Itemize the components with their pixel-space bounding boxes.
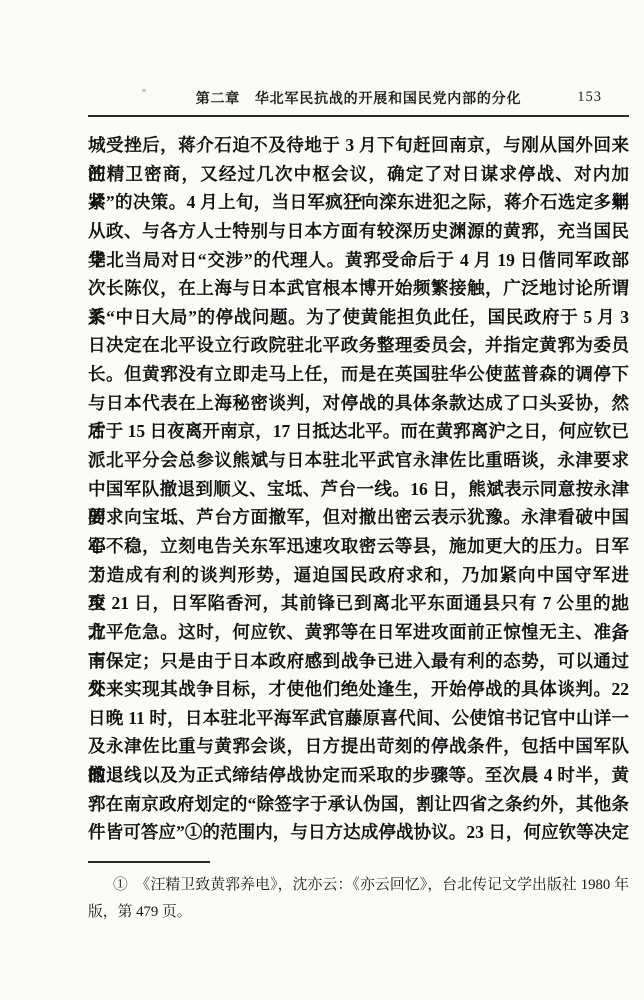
text-line: 日决定在北平设立行政院驻北平政务整理委员会，并指定黄郛为委员 <box>88 331 629 360</box>
text-line: 日晚 11 时，日本驻北平海军武官藤原喜代间、公使馆书记官中山详一 <box>88 704 629 733</box>
text-line: 北平危急。这时，何应钦、黄郛等在日军进攻面前正惊惶无主、准备南 <box>88 618 629 647</box>
text-line: 才于 15 日夜离开南京，17 日抵达北平。而在黄郛离沪之日，何应钦已 <box>88 417 629 446</box>
text-line: 与日本代表在上海秘密谈判，对停战的具体条款达成了口头妥协，然后 <box>88 389 629 418</box>
body-text: 城受挫后，蒋介石迫不及待地于 3 月下旬赶回南京，与刚从国外回来的 汪精卫密商，… <box>88 131 629 847</box>
scan-artifact-dot <box>142 89 146 92</box>
header-rule <box>88 115 629 117</box>
text-line: 系“中日大局”的停战问题。为了使黄能担负此任，国民政府于 5 月 3 <box>88 303 629 332</box>
text-line: 了造成有利的谈判形势，逼迫国民政府求和，乃加紧向中国守军进攻。 <box>88 561 629 590</box>
text-line: 郛在南京政府划定的“除签字于承认伪国，割让四省之条约外，其他条 <box>88 790 629 819</box>
text-line: 从政、与各方人士特别与日本方面有较深历史渊源的黄郛，充当国民党 <box>88 217 629 246</box>
page-number: 153 <box>577 89 602 106</box>
text-line: 城受挫后，蒋介石迫不及待地于 3 月下旬赶回南京，与刚从国外回来的 <box>88 131 629 160</box>
text-line: 件皆可答应”①的范围内，与日方达成停战协议。23 日，何应钦等决定 <box>88 818 629 847</box>
text-line: 至 21 日，日军陷香河，其前锋已到离北平东面通县只有 7 公里的地方， <box>88 589 629 618</box>
footnote-divider <box>88 861 210 863</box>
text-line: 华北当局对日“交涉”的代理人。黄郛受命后于 4 月 19 日偕同军政部 <box>88 246 629 275</box>
text-line: 交来实现其战争目标，才使他们绝处逢生，开始停战的具体谈判。22 <box>88 675 629 704</box>
running-header: 第二章 华北军民抗战的开展和国民党内部的分化 153 <box>88 88 629 108</box>
text-line: 派北平分会总参议熊斌与日本驻北平武官永津佐比重晤谈，永津要求 <box>88 446 629 475</box>
text-line: 次长陈仪，在上海与日本武官根本博开始频繁接触，广泛地讨论所谓关 <box>88 274 629 303</box>
text-line: 撤退线以及为正式缔结停战协定而采取的步骤等。至次晨 4 时半，黄 <box>88 761 629 790</box>
text-line: 共”的决策。4 月上旬，当日军疯狂向滦东进犯之际，蒋介石选定多年 <box>88 188 629 217</box>
text-line: 汪精卫密商，又经过几次中枢会议，确定了对日谋求停战、对内加紧“剿 <box>88 160 629 189</box>
text-line: 中国军队撤退到顺义、宝坻、芦台一线。16 日，熊斌表示同意按永津的 <box>88 475 629 504</box>
footnote-line: ① 《汪精卫致黄郛养电》，沈亦云：《亦云回忆》，台北传记文学出版社 1980 年 <box>88 872 629 899</box>
footnote: ① 《汪精卫致黄郛养电》，沈亦云：《亦云回忆》，台北传记文学出版社 1980 年… <box>88 872 629 926</box>
text-line: 心不稳，立刻电告关东军迅速攻取密云等县，施加更大的压力。日军为 <box>88 532 629 561</box>
text-line: 下保定；只是由于日本政府感到战争已进入最有利的态势，可以通过外 <box>88 647 629 676</box>
book-page: 第二章 华北军民抗战的开展和国民党内部的分化 153 城受挫后，蒋介石迫不及待地… <box>0 0 644 1000</box>
text-line: 要求向宝坻、芦台方面撤军，但对撤出密云表示犹豫。永津看破中国军 <box>88 503 629 532</box>
chapter-title: 第二章 华北军民抗战的开展和国民党内部的分化 <box>196 90 522 106</box>
text-line: 长。但黄郛没有立即走马上任，而是在英国驻华公使蓝普森的调停下 <box>88 360 629 389</box>
text-line: 及永津佐比重与黄郛会谈，日方提出苛刻的停战条件，包括中国军队的 <box>88 732 629 761</box>
footnote-line: 版，第 479 页。 <box>88 899 629 926</box>
